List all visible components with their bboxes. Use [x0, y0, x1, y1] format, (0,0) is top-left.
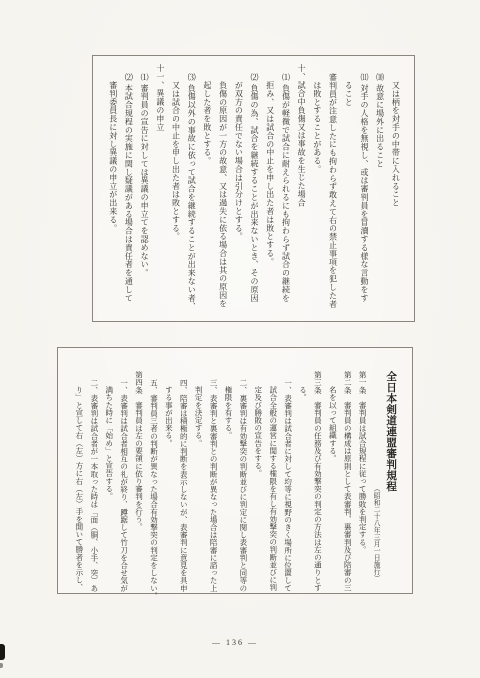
top-text-block: 又は柄を対手の中帯に入れること ⑽ 故意に場外に出ること ⑾ 対手の人格を無視し… — [92, 55, 415, 322]
bottom-text-block: 全日本剣道連盟審判規程 （昭和二十八年三月一日施行） 第一条 審判員は試合規程に… — [57, 347, 413, 594]
text-column: 起した者を敗とする。 — [199, 64, 215, 307]
text-column: 負傷の原因が一方の故意、又は過失に依る場合は其の原因を — [215, 64, 231, 307]
text-column: 名を以って組織する。 — [324, 371, 339, 587]
text-column: 十一、異議の申立 — [152, 64, 168, 307]
text-column: ⑴ 審判員の宣告に対しては異議の申立てを認めない。 — [136, 64, 152, 307]
document-title: 全日本剣道連盟審判規程 — [382, 371, 399, 587]
text-column: 判定を決定する。 — [190, 371, 205, 587]
text-column: 定及び勝敗の宣告をする。 — [250, 371, 265, 587]
text-column: 三、表審判と裏審判との判断が異なった場合は陪審に諮った上 — [205, 371, 220, 587]
text-column: 試合全般の運営に関する権限を有し有効撃突の判断並びに判 — [265, 371, 280, 587]
text-column: 一、表審判は試合者に対して均等に視野のきく場所に位置して — [280, 371, 295, 587]
scan-artifact — [0, 644, 5, 660]
text-column: る。 — [295, 371, 310, 587]
text-column: 第三条 審判員の任務及び有効撃突の判定の方法は左の通りとす — [310, 371, 325, 587]
text-column: ⑵ 本試合規程の実施に関し疑議がある場合は責任者を通して — [121, 64, 137, 307]
text-column: 五、審判員三者の判断が異なった場合有効撃突の判定をしない。 — [146, 371, 161, 587]
text-column: 審判委員長に対し異議の申立が出来る。 — [105, 64, 121, 307]
text-column: が双方の責任でない場合は引分けとする。 — [231, 64, 247, 307]
text-column: 拒み、又は試合の中止を申し出た者は敗とする。 — [262, 64, 278, 307]
text-column: 二、裏審判は有効撃突の判断並びに判定に関し表審判と同等の — [235, 371, 250, 587]
enforcement-date: （昭和二十八年三月一日施行） — [369, 371, 382, 587]
page-number: ― 136 ― — [95, 638, 375, 647]
text-column: 四、陪審は積極的に判断を表示しないが、表審判に意見を具申 — [175, 371, 190, 587]
text-column: 又は試合の中止を申し出た者は敗とする。 — [168, 64, 184, 307]
text-column: 第一条 審判員は試合規程に従って勝敗を判定する。 — [354, 371, 369, 587]
text-column: 一、表審判は試合者相互の礼が終り、蹲踞して竹刀を合せ気が — [116, 371, 131, 587]
text-column: り」と宣して右（左）方に右（左）手を開いて勝者を示し、 — [71, 371, 86, 587]
text-column: 第二条 審判員の構成は原則として表審判、裏審判及び陪審の三 — [339, 371, 354, 587]
text-column: ること — [341, 64, 357, 307]
text-column: 十、試合中負傷又は事故を生じた場合 — [293, 64, 309, 307]
scan-artifact — [0, 663, 3, 668]
text-column: 第四条 審判員は左の要領に依り審判を行う。 — [131, 371, 146, 587]
text-column: ⑽ 故意に場外に出ること — [372, 64, 388, 307]
top-vertical-text: 又は柄を対手の中帯に入れること ⑽ 故意に場外に出ること ⑾ 対手の人格を無視し… — [93, 56, 415, 321]
text-column: 審判員が注意したにも拘わらず敢えて右の禁止事項を犯した者 — [325, 64, 341, 307]
text-column: 満ちた時に「始め」と宣告する。 — [101, 371, 116, 587]
text-column: ⑾ 対手の人格を無視し、或は審判員を冒瀆する様な言動をす — [356, 64, 372, 307]
text-column: は敗とすることがある。 — [309, 64, 325, 307]
text-column: 二、表審判は試合者が一本取った時は「面（胴、小手、突）あ — [86, 371, 101, 587]
text-column: 又は柄を対手の中帯に入れること — [388, 64, 404, 307]
text-column: ⑴ 負傷が軽微で試合に耐えられるにも拘わらず試合の継続を — [278, 64, 294, 307]
text-column: する事が出来る。 — [160, 371, 175, 587]
bottom-vertical-text: 全日本剣道連盟審判規程 （昭和二十八年三月一日施行） 第一条 審判員は試合規程に… — [58, 348, 412, 593]
text-column: ⑵ 負傷の為、試合を継続することが出来ないとき、その原因 — [246, 64, 262, 307]
text-column: 権限を有する。 — [220, 371, 235, 587]
scanned-page: 又は柄を対手の中帯に入れること ⑽ 故意に場外に出ること ⑾ 対手の人格を無視し… — [0, 0, 480, 678]
text-column: ⑶ 負傷以外の事故に依って試合を継続することが出来ない者、 — [184, 64, 200, 307]
